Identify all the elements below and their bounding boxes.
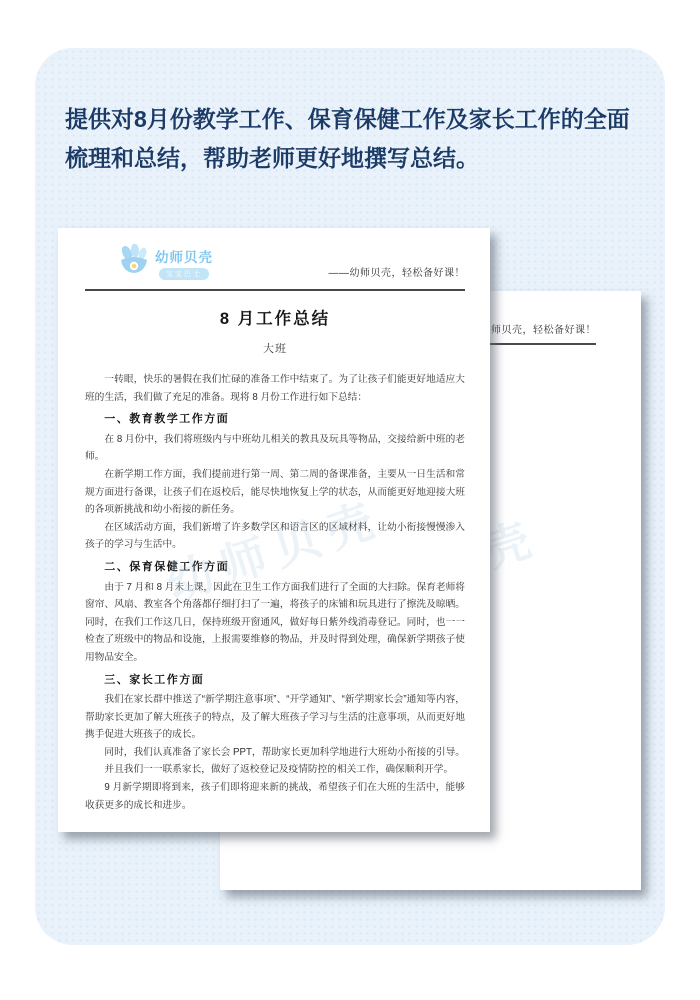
brand-name: 幼师贝壳: [155, 246, 213, 266]
document-page-front[interactable]: 幼师贝壳 宝宝巴士 ——幼师贝壳，轻松备好课！ 8 月工作总结 大班 一转眼，快…: [58, 228, 490, 832]
doc-paragraph: 由于 7 月和 8 月未上课，因此在卫生工作方面我们进行了全面的大扫除。保育老师…: [85, 579, 465, 667]
feature-description-line1: 提供对8月份教学工作、保育保健工作及家长工作的全面: [65, 100, 650, 139]
doc-paragraph: 并且我们一一联系家长，做好了返校登记及疫情防控的相关工作，确保顺利开学。: [85, 761, 465, 779]
document-subtitle: 大班: [85, 340, 465, 356]
brand-badge: 宝宝巴士: [159, 268, 209, 280]
doc-paragraph: 9 月新学期即将到来，孩子们即将迎来新的挑战，希望孩子们在大班的生活中，能够收获…: [85, 779, 465, 814]
feature-description: 提供对8月份教学工作、保育保健工作及家长工作的全面 梳理和总结，帮助老师更好地撰…: [65, 100, 650, 178]
doc-paragraph: 在区域活动方面，我们新增了许多数学区和语言区的区域材料，让幼小衔接慢慢渗入孩子的…: [85, 519, 465, 554]
document-content: 幼师贝壳 宝宝巴士 ——幼师贝壳，轻松备好课！ 8 月工作总结 大班 一转眼，快…: [58, 228, 490, 832]
shell-hand-icon: [117, 244, 151, 281]
doc-paragraph: 在新学期工作方面，我们提前进行第一周、第二周的备课准备，主要从一日生活和常规方面…: [85, 466, 465, 519]
feature-card: 提供对8月份教学工作、保育保健工作及家长工作的全面 梳理和总结，帮助老师更好地撰…: [35, 48, 665, 945]
doc-paragraph: 我们在家长群中推送了“新学期注意事项”、“开学通知”、“新学期家长会”通知等内容…: [85, 691, 465, 744]
feature-description-line2: 梳理和总结，帮助老师更好地撰写总结。: [65, 139, 650, 178]
doc-paragraph: 一转眼，快乐的暑假在我们忙碌的准备工作中结束了。为了让孩子们能更好地适应大班的生…: [85, 371, 465, 406]
doc-section-heading: 二、保育保健工作方面: [85, 559, 465, 577]
document-tagline: ——幼师贝壳，轻松备好课！: [329, 264, 466, 281]
doc-section-heading: 一、教育教学工作方面: [85, 411, 465, 429]
document-header: 幼师贝壳 宝宝巴士 ——幼师贝壳，轻松备好课！: [85, 244, 465, 281]
brand-logo: 幼师贝壳 宝宝巴士: [117, 244, 213, 281]
page-canvas: 提供对8月份教学工作、保育保健工作及家长工作的全面 梳理和总结，帮助老师更好地撰…: [0, 0, 700, 1000]
doc-paragraph: 同时，我们认真准备了家长会 PPT，帮助家长更加科学地进行大班幼小衔接的引导。: [85, 744, 465, 762]
document-header-rule: [85, 289, 465, 291]
doc-paragraph: 在 8 月份中，我们将班级内与中班幼儿相关的教具及玩具等物品，交接给新中班的老师…: [85, 431, 465, 466]
doc-section-heading: 三、家长工作方面: [85, 672, 465, 690]
document-body: 一转眼，快乐的暑假在我们忙碌的准备工作中结束了。为了让孩子们能更好地适应大班的生…: [85, 371, 465, 814]
document-title: 8 月工作总结: [85, 305, 465, 329]
